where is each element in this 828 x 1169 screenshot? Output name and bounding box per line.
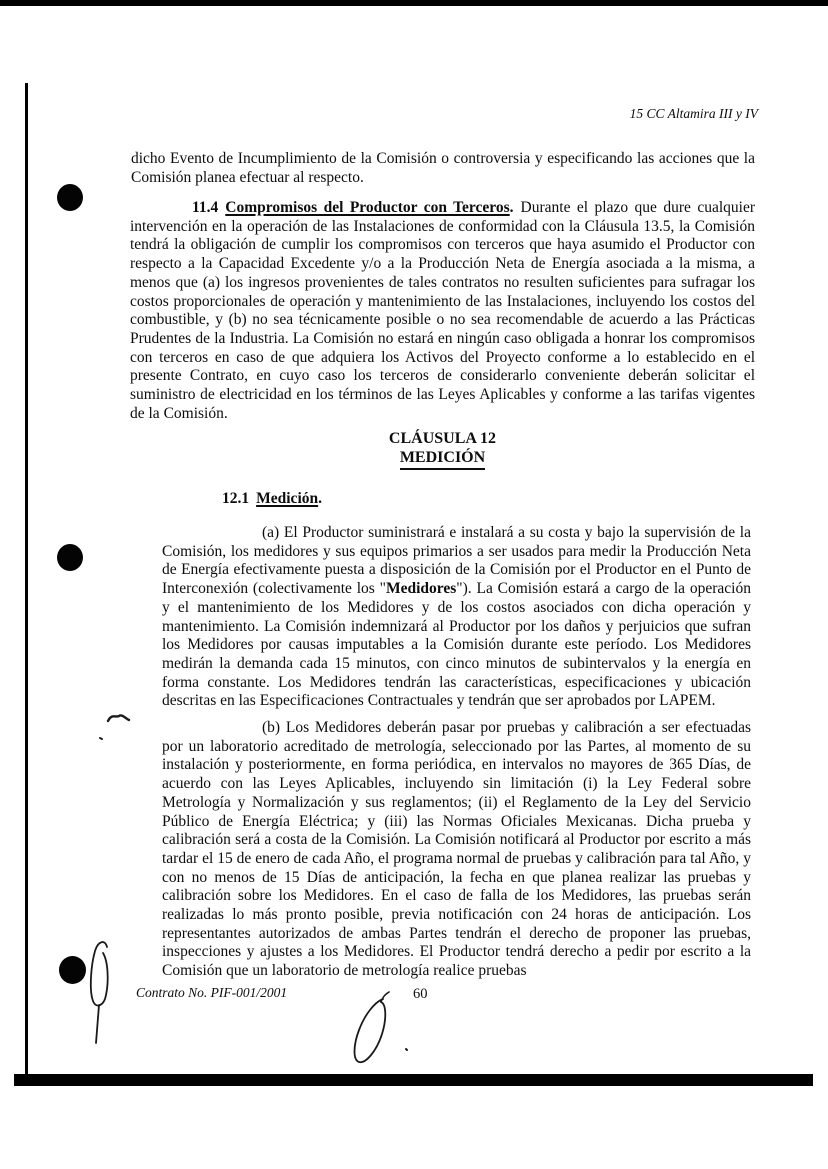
section-12-1-heading: 12.1Medición. xyxy=(222,490,322,508)
section-12-1-separator: . xyxy=(318,490,322,507)
clause-12-heading: CLÁUSULA 12 MEDICIÓN xyxy=(130,429,755,470)
section-11-4-number: 11.4 xyxy=(192,199,218,216)
section-11-4-paragraph: 11.4Compromisos del Productor con Tercer… xyxy=(130,199,755,423)
paragraph-a-term-medidores: Medidores xyxy=(386,580,456,597)
handwritten-loop-mark xyxy=(85,935,117,1050)
section-11-4-separator: . xyxy=(510,199,514,216)
clause-12-subtitle-row: MEDICIÓN xyxy=(130,448,755,470)
clause-12-title: CLÁUSULA 12 xyxy=(130,429,755,448)
footer-page-number: 60 xyxy=(413,986,428,1003)
scan-edge-top-bar xyxy=(0,0,828,6)
section-11-4-title: Compromisos del Productor con Terceros xyxy=(225,199,509,216)
paragraph-a: (a) El Productor suministrará e instalar… xyxy=(162,524,751,711)
punch-hole-bottom xyxy=(59,956,86,984)
scan-edge-left-line xyxy=(25,83,28,1074)
scan-edge-bottom-bar xyxy=(14,1074,813,1086)
handwritten-scribble-mark xyxy=(96,708,136,744)
paragraph-intro: dicho Evento de Incumplimiento de la Com… xyxy=(131,150,755,187)
paragraph-a-text-post: "). La Comisión estará a cargo de la ope… xyxy=(162,580,751,709)
section-11-4-body: Durante el plazo que dure cualquier inte… xyxy=(130,199,755,422)
footer-contract-number: Contrato No. PIF-001/2001 xyxy=(136,985,287,1001)
section-12-1-title: Medición xyxy=(256,490,318,507)
punch-hole-top xyxy=(57,184,83,211)
punch-hole-middle xyxy=(57,544,83,571)
paragraph-b: (b) Los Medidores deberán pasar por prue… xyxy=(162,719,751,981)
clause-12-subtitle: MEDICIÓN xyxy=(400,448,485,470)
running-header: 15 CC Altamira III y IV xyxy=(630,106,758,122)
section-12-1-number: 12.1 xyxy=(222,490,249,507)
page-number-oval-mark xyxy=(345,988,417,1068)
scanned-contract-page: 15 CC Altamira III y IV dicho Evento de … xyxy=(0,0,828,1169)
